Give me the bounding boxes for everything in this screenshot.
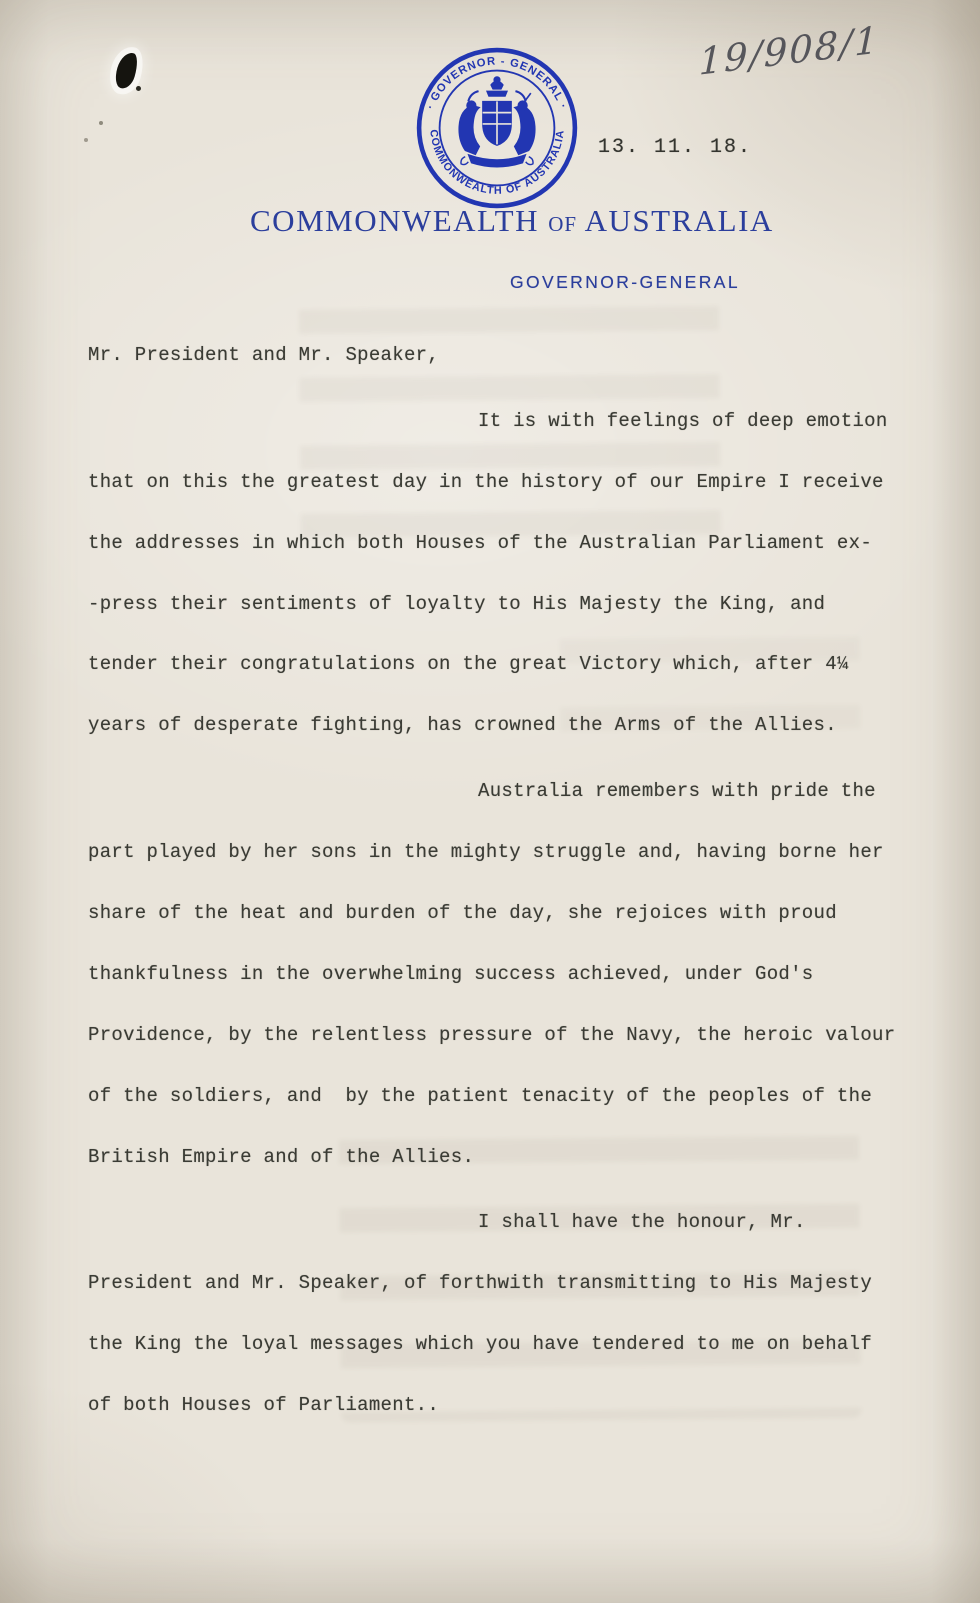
letter-page: 19/908/1 · GOVERNOR - GENERAL · COMMONWE… <box>0 0 980 1603</box>
letterhead-title-of: of <box>548 212 577 236</box>
governor-general-seal-icon: · GOVERNOR - GENERAL · COMMONWEALTH OF A… <box>415 46 579 210</box>
body-line: Providence, by the relentless pressure o… <box>88 1024 928 1085</box>
body-line: of both Houses of Parliament.. <box>88 1394 928 1455</box>
letterhead-title-part1: COMMONWEALTH <box>250 203 548 238</box>
body-line: Australia remembers with pride the <box>88 780 928 841</box>
ink-speck <box>136 86 141 91</box>
coat-of-arms <box>459 77 535 167</box>
ink-speck <box>99 121 103 125</box>
body-line: thankfulness in the overwhelming success… <box>88 963 928 1024</box>
ink-speck <box>84 138 88 142</box>
letterhead-title-part3: AUSTRALIA <box>577 203 774 238</box>
body-line: the addresses in which both Houses of th… <box>88 532 928 593</box>
body-line: that on this the greatest day in the his… <box>88 471 928 532</box>
body-line: tender their congratulations on the grea… <box>88 653 928 714</box>
body-line: British Empire and of the Allies. <box>88 1146 928 1207</box>
letterhead-title: COMMONWEALTH of AUSTRALIA <box>250 203 730 239</box>
body-line: the King the loyal messages which you ha… <box>88 1333 928 1394</box>
body-line: I shall have the honour, Mr. <box>88 1211 928 1272</box>
body-line: share of the heat and burden of the day,… <box>88 902 928 963</box>
typed-date: 13. 11. 18. <box>598 136 752 159</box>
body-line: part played by her sons in the mighty st… <box>88 841 928 902</box>
body-line: years of desperate fighting, has crowned… <box>88 714 928 775</box>
handwritten-file-number: 19/908/1 <box>699 11 938 84</box>
body-line: -press their sentiments of loyalty to Hi… <box>88 593 928 654</box>
ink-blot <box>112 50 140 91</box>
letterhead-subtitle: GOVERNOR-GENERAL <box>510 272 740 293</box>
salutation: Mr. President and Mr. Speaker, <box>88 344 928 405</box>
body-line: of the soldiers, and by the patient tena… <box>88 1085 928 1146</box>
body-line: It is with feelings of deep emotion <box>88 410 928 471</box>
letter-body: Mr. President and Mr. Speaker, It is wit… <box>88 344 928 1455</box>
body-line: President and Mr. Speaker, of forthwith … <box>88 1272 928 1333</box>
